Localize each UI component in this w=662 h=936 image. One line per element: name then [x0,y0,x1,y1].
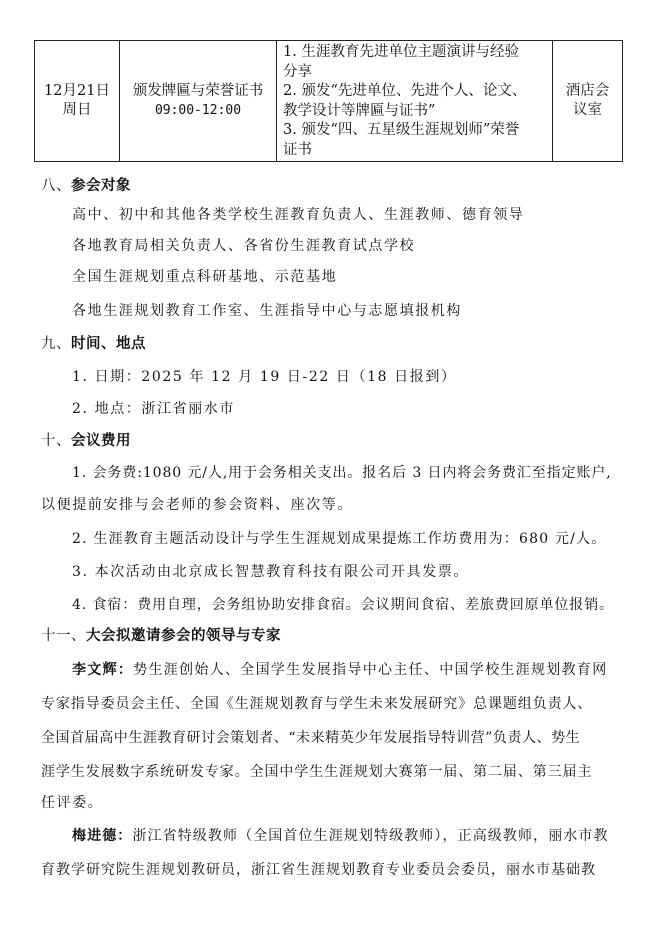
expert-name: 李文辉： [72,662,133,678]
content-line: 2. 颁发“先进单位、先进个人、论文、 [283,82,526,102]
expert-bio-line: 任评委。 [41,794,103,812]
date-item: 1. 日期：2025 年 12 月 19 日-22 日（18 日报到） [72,368,457,386]
expert-bio-line: 梅进德：浙江省特级教师（全国首位生涯规划特级教师），正高级教师，丽水市教 [72,827,609,845]
attendee-item: 全国生涯规划重点科研基地、示范基地 [72,268,337,286]
document-page: 12月21日 周日 颁发牌匾与荣誉证书 09:00-12:00 1. 生涯教育先… [0,0,662,936]
expert-bio-text: 势生涯创始人、全国学生发展指导中心主任、中国学校生涯规划教育网 [133,662,607,678]
attendee-item: 高中、初中和其他各类学校生涯教育负责人、生涯教师、德育领导 [72,206,524,224]
content-line: 证书 [283,141,312,161]
section-title: 时间、地点 [71,336,146,352]
location-item: 2. 地点：浙江省丽水市 [72,400,235,418]
section-title: 大会拟邀请参会的领导与专家 [86,628,281,644]
schedule-table: 12月21日 周日 颁发牌匾与荣誉证书 09:00-12:00 1. 生涯教育先… [34,40,623,162]
fee-item-4: 4. 食宿：费用自理，会务组协助安排食宿。会议期间食宿、差旅费回原单位报销。 [72,596,614,614]
content-line: 教学设计等牌匾与证书” [283,102,435,122]
section-heading-fees: 十、会议费用 [41,432,131,450]
expert-bio-line: 育教学研究院生涯规划教研员，浙江省生涯规划教育专业委员会委员，丽水市基础教 [41,861,596,879]
section-number: 十一、 [41,628,86,644]
venue-text: 酒店会 [566,82,610,101]
attendee-item: 各地生涯规划教育工作室、生涯指导中心与志愿填报机构 [72,302,462,320]
venue-cell: 酒店会 议室 [553,41,622,161]
content-cell: 1. 生涯教育先进单位主题演讲与经验 分享 2. 颁发“先进单位、先进个人、论文… [277,41,553,161]
venue-text: 议室 [573,101,602,120]
expert-bio-text: 浙江省特级教师（全国首位生涯规划特级教师），正高级教师，丽水市教 [132,828,608,844]
section-number: 九、 [41,336,71,352]
content-line: 分享 [283,63,312,83]
date-text: 12月21日 [44,82,110,101]
section-heading-time-place: 九、时间、地点 [41,335,146,353]
fee-item-3: 3. 本次活动由北京成长智慧教育科技有限公司开具发票。 [72,563,469,581]
activity-cell: 颁发牌匾与荣誉证书 09:00-12:00 [120,41,277,161]
fee-item-2: 2. 生涯教育主题活动设计与学生生涯规划成果提炼工作坊费用为：680 元/人。 [72,530,607,548]
section-number: 八、 [41,178,71,194]
section-heading-experts: 十一、大会拟邀请参会的领导与专家 [41,627,281,645]
date-cell: 12月21日 周日 [35,41,120,161]
time-text: 09:00-12:00 [155,101,241,120]
content-line: 1. 生涯教育先进单位主题演讲与经验 [283,43,519,63]
attendee-item: 各地教育局相关负责人、各省份生涯教育试点学校 [72,237,415,255]
expert-bio-line: 全国首届高中生涯教育研讨会策划者、“未来精英少年发展指导特训营”负责人、势生 [41,729,580,747]
section-title: 参会对象 [71,178,131,194]
expert-bio-line: 涯学生发展数字系统研发专家。全国中学生生涯规划大赛第一届、第二届、第三届主 [41,763,592,781]
section-title: 会议费用 [71,433,131,449]
expert-bio-line: 李文辉：势生涯创始人、全国学生发展指导中心主任、中国学校生涯规划教育网 [72,661,608,679]
fee-item-1-cont: 以便提前安排与会老师的参会资料、座次等。 [41,496,353,514]
expert-name: 梅进德： [72,828,132,844]
activity-text: 颁发牌匾与荣誉证书 [133,82,264,101]
content-line: 3. 颁发“四、五星级生涯规划师”荣誉 [283,121,519,141]
fee-item-1: 1. 会务费:1080 元/人,用于会务相关支出。报名后 3 日内将会务费汇至指… [72,464,612,482]
section-heading-attendees: 八、参会对象 [41,177,131,195]
section-number: 十、 [41,433,71,449]
weekday-text: 周日 [63,101,92,120]
expert-bio-line: 专家指导委员会主任、全国《生涯规划教育与学生未来发展研究》总课题组负责人、 [41,695,592,713]
